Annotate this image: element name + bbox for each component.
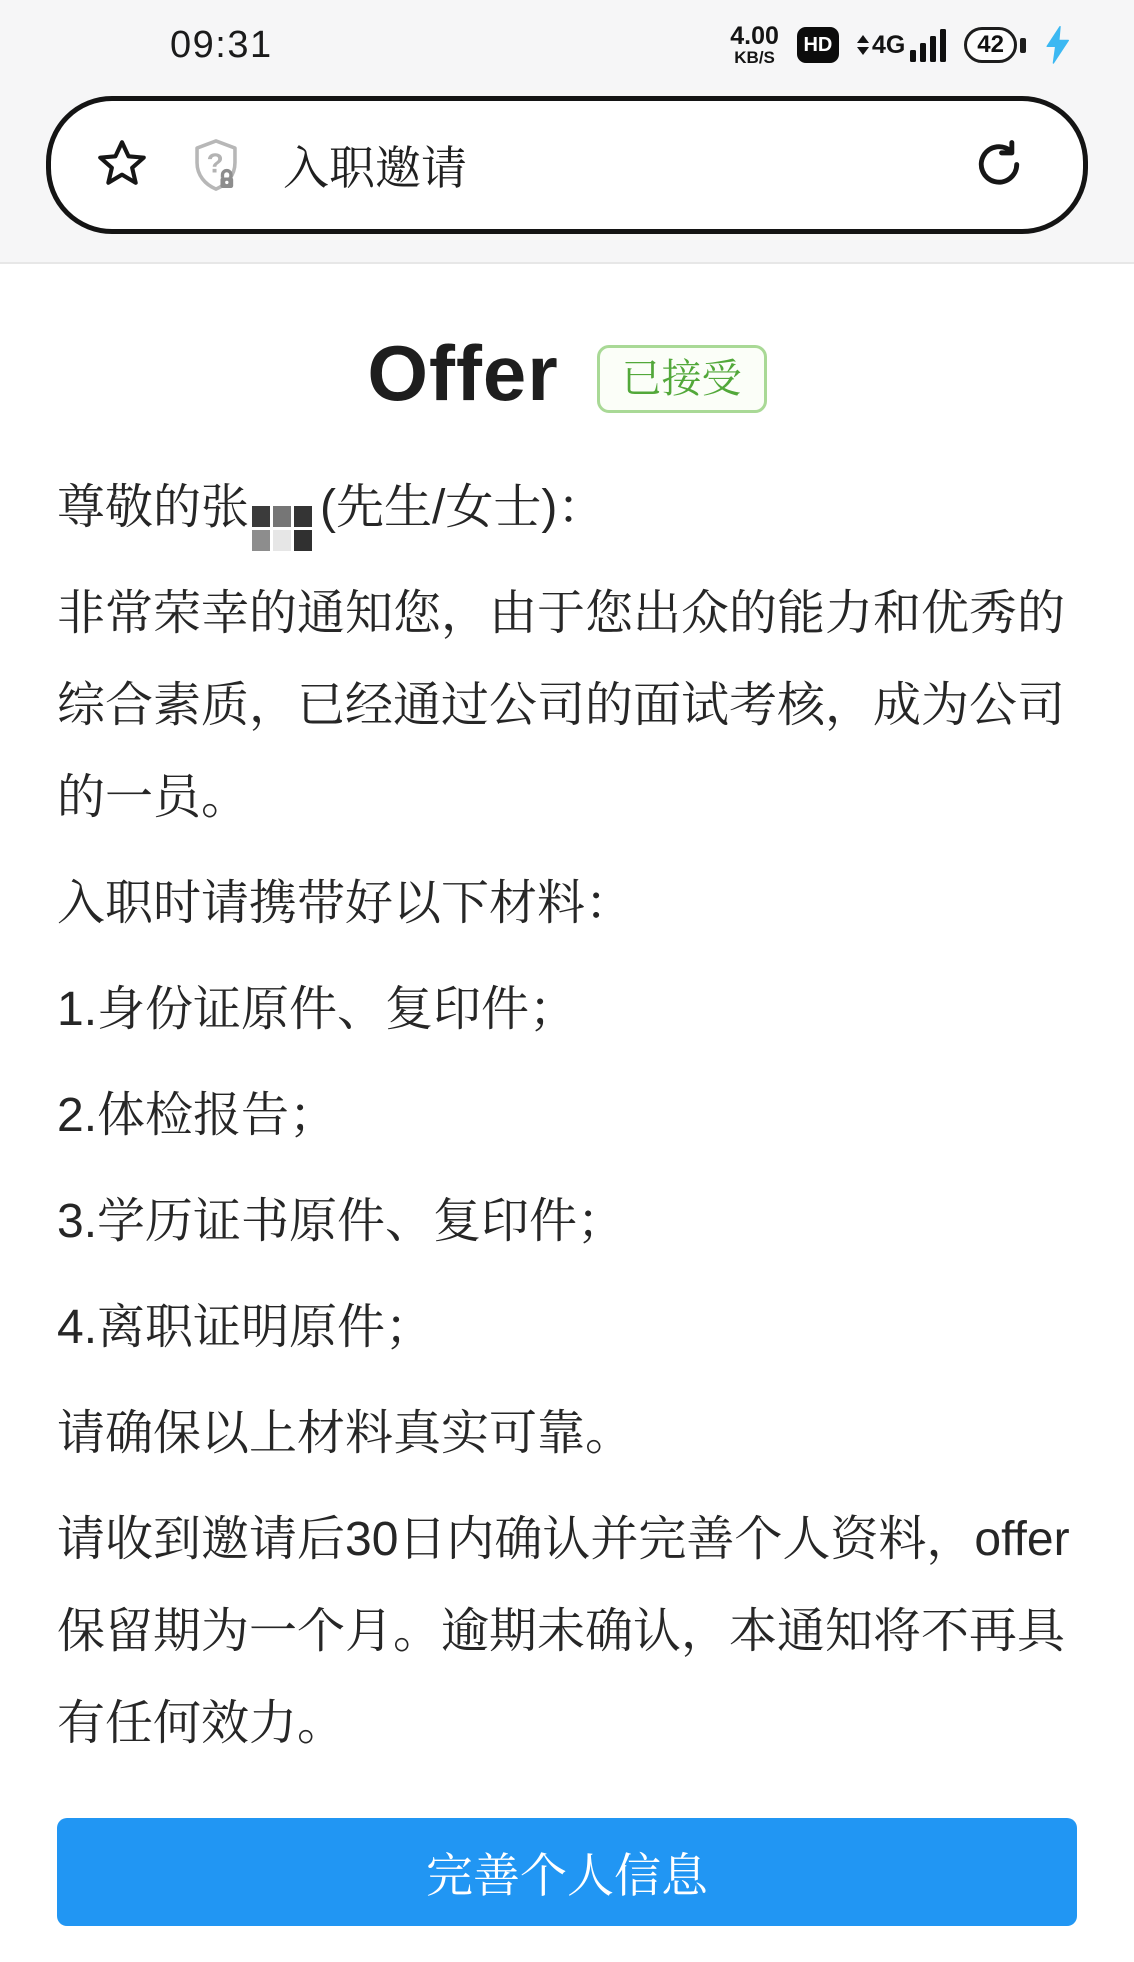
greeting-line: 尊敬的张(先生/女士)：	[57, 462, 1077, 554]
material-item-1: 1.身份证原件、复印件；	[57, 964, 1077, 1056]
intro-paragraph: 非常荣幸的通知您，由于您出众的能力和优秀的综合素质，已经通过公司的面试考核，成为…	[57, 568, 1077, 844]
greeting-prefix: 尊敬的张	[57, 481, 249, 534]
refresh-icon[interactable]	[971, 137, 1027, 193]
title-row: Offer 已接受	[57, 328, 1077, 418]
charging-bolt-icon	[1044, 26, 1072, 64]
address-bar[interactable]: ? 入职邀请	[46, 96, 1088, 234]
address-bar-row: ? 入职邀请	[0, 80, 1134, 234]
material-item-2: 2.体检报告；	[57, 1070, 1077, 1162]
page-title-field[interactable]: 入职邀请	[283, 132, 971, 198]
offer-page: Offer 已接受 尊敬的张(先生/女士)： 非常荣幸的通知您，由于您出众的能力…	[0, 328, 1134, 1926]
material-item-3: 3.学历证书原件、复印件；	[57, 1176, 1077, 1268]
greeting-suffix: (先生/女士)：	[320, 481, 605, 534]
browser-chrome: 09:31 4.00 KB/S HD 4G 42	[0, 0, 1134, 264]
signal-bars-icon	[910, 29, 946, 62]
battery-level: 42	[964, 27, 1017, 63]
assurance-line: 请确保以上材料真实可靠。	[57, 1388, 1077, 1480]
bookmark-star-icon[interactable]	[93, 136, 151, 194]
clock: 09:31	[170, 24, 273, 67]
signal-icon: 4G	[857, 29, 946, 62]
redacted-name-mosaic	[252, 506, 312, 551]
status-bar: 09:31 4.00 KB/S HD 4G 42	[0, 0, 1134, 80]
hd-icon: HD	[797, 27, 839, 63]
network-type-label: 4G	[872, 31, 905, 60]
materials-heading: 入职时请携带好以下材料：	[57, 858, 1077, 950]
data-arrows-icon	[857, 35, 869, 55]
material-item-4: 4.离职证明原件；	[57, 1282, 1077, 1374]
network-speed-unit: KB/S	[730, 49, 779, 67]
battery-nub	[1020, 38, 1026, 53]
network-speed-value: 4.00	[730, 23, 779, 49]
deadline-paragraph: 请收到邀请后30日内确认并完善个人资料，offer保留期为一个月。逾期未确认，本…	[57, 1494, 1077, 1770]
status-badge: 已接受	[597, 345, 767, 413]
network-speed: 4.00 KB/S	[730, 23, 779, 67]
battery-icon: 42	[964, 27, 1026, 63]
page-security-shield-icon[interactable]: ?	[187, 136, 245, 194]
page-title: Offer	[367, 328, 558, 418]
complete-profile-button[interactable]: 完善个人信息	[57, 1818, 1077, 1926]
status-icons: 4.00 KB/S HD 4G 42	[730, 23, 1072, 67]
